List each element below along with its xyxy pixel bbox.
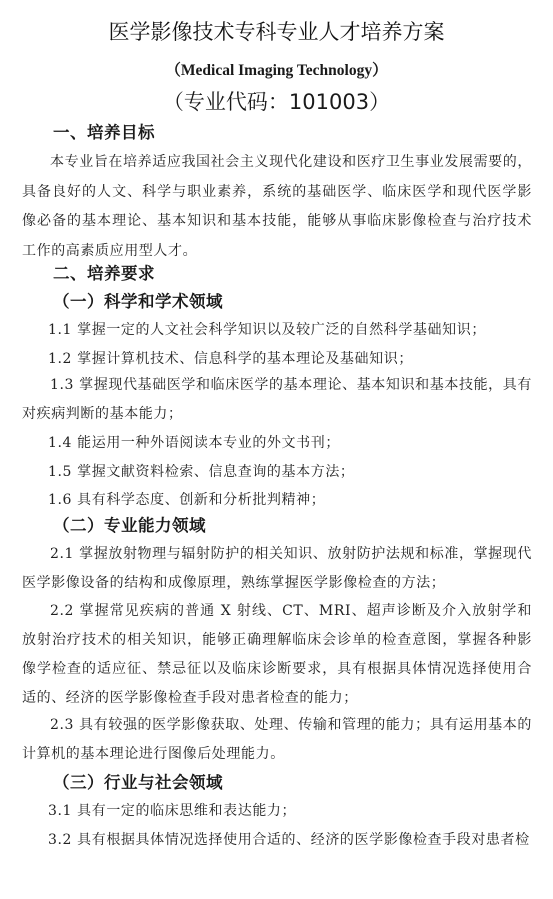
section-heading-goals: 一、培养目标 — [53, 121, 155, 145]
requirement-item: 1.6 具有科学态度、创新和分析批判精神； — [48, 486, 533, 515]
requirement-item: 1.2 掌握计算机技术、信息科学的基本理论及基础知识； — [48, 345, 533, 374]
requirement-item: 1.1 掌握一定的人文社会科学知识以及较广泛的自然科学基础知识； — [48, 316, 533, 345]
section-heading-requirements: 二、培养要求 — [53, 262, 155, 286]
major-code: （专业代码：101003） — [0, 87, 553, 117]
requirement-item: 1.4 能运用一种外语阅读本专业的外文书刊； — [48, 429, 533, 458]
subsection-heading-industry: （三）行业与社会领域 — [53, 771, 223, 795]
document-page: 医学影像技术专科专业人才培养方案 （Medical Imaging Techno… — [0, 0, 553, 899]
requirement-item: 1.5 掌握文献资料检索、信息查询的基本方法； — [48, 458, 533, 487]
goals-paragraph: 本专业旨在培养适应我国社会主义现代化建设和医疗卫生事业发展需要的，具备良好的人文… — [22, 148, 532, 266]
english-subtitle: （Medical Imaging Technology） — [0, 60, 553, 82]
requirement-item: 2.2 掌握常见疾病的普通 X 射线、CT、MRI、超声诊断及介入放射学和放射治… — [22, 597, 532, 713]
subsection-heading-science: （一）科学和学术领域 — [53, 290, 223, 314]
requirement-item: 3.1 具有一定的临床思维和表达能力； — [48, 797, 533, 826]
requirement-item: 3.2 具有根据具体情况选择使用合适的、经济的医学影像检查手段对患者检 — [48, 826, 533, 855]
document-title: 医学影像技术专科专业人才培养方案 — [0, 18, 553, 46]
requirement-item: 2.3 具有较强的医学影像获取、处理、传输和管理的能力；具有运用基本的计算机的基… — [22, 711, 532, 769]
subsection-heading-professional: （二）专业能力领域 — [53, 514, 206, 538]
requirement-item: 1.3 掌握现代基础医学和临床医学的基本理论、基本知识和基本技能，具有对疾病判断… — [22, 371, 532, 429]
requirement-item: 2.1 掌握放射物理与辐射防护的相关知识、放射防护法规和标准，掌握现代医学影像设… — [22, 540, 532, 598]
